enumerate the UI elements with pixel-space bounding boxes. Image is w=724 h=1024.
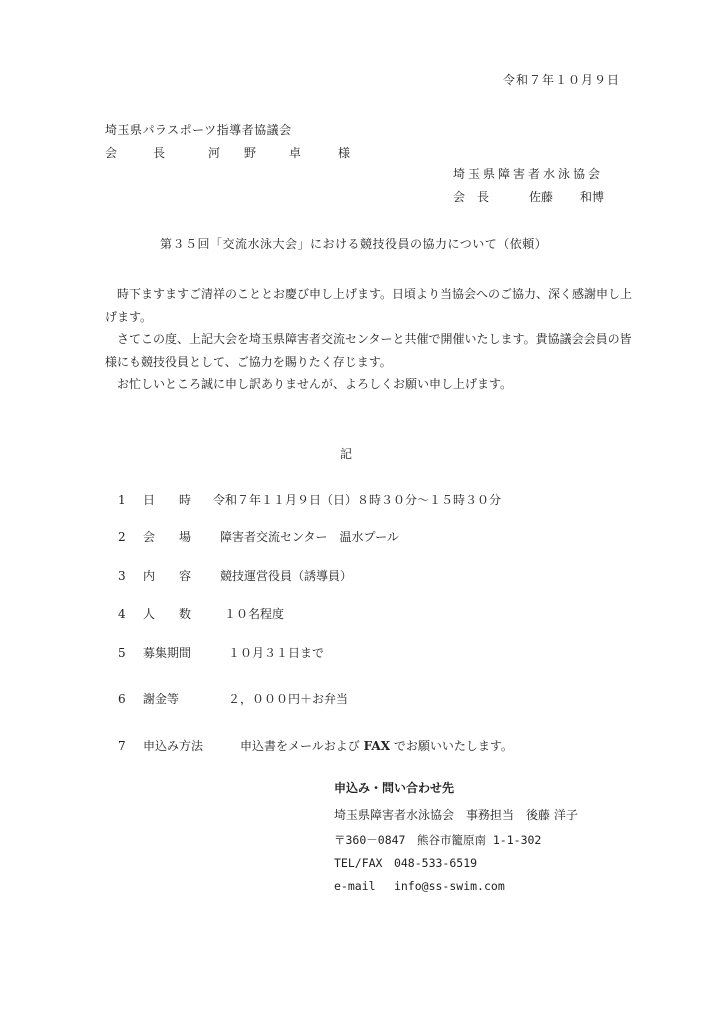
item-label: 会 場 [143, 529, 191, 545]
ki-heading: 記 [340, 446, 352, 462]
item-label: 内 容 [143, 568, 191, 584]
fax-emphasis: FAX [364, 739, 390, 753]
contact-organization: 埼玉県障害者水泳協会 事務担当 後藤 洋子 [334, 807, 578, 823]
sender-title: 会 長 [453, 189, 489, 205]
item-number: 5 [118, 645, 126, 661]
item-value: 申込書をメールおよび FAX でお願いいたします。 [240, 738, 513, 754]
body-paragraph: さてこの度、上記大会を埼玉県障害者交流センターと共催で開催いたします。貴協議会会… [105, 328, 635, 373]
sender-given-name: 和博 [580, 189, 604, 205]
item-label: 申込み方法 [143, 738, 203, 754]
letter-body: 時下ますますご清祥のこととお慶び申し上げます。日頃より当協会へのご協力、深く感謝… [105, 283, 635, 396]
item-number: 4 [118, 606, 126, 622]
recipient-organization: 埼玉県パラスポーツ指導者協議会 [105, 122, 292, 138]
sender-family-name: 佐藤 [529, 189, 553, 205]
contact-email[interactable]: e-mail info@ss-swim.com [334, 878, 505, 894]
item-number: 2 [118, 529, 126, 545]
item-value: 障害者交流センター 温水プール [220, 529, 399, 545]
document-date: 令和７年１０月９日 [503, 72, 620, 88]
sender-organization: 埼玉県障害者水泳協会 [453, 166, 603, 182]
item-label: 日 時 [143, 492, 191, 508]
item-number: 6 [118, 691, 126, 707]
recipient-title-char: 会 [105, 145, 117, 161]
item-value: 令和７年１１月９日（日）８時３０分～１５時３０分 [213, 492, 501, 508]
recipient-name-char: 河 [208, 145, 220, 161]
item-value: １０月３１日まで [228, 645, 324, 661]
item-value: １０名程度 [224, 606, 284, 622]
recipient-honorific: 様 [338, 145, 350, 161]
item-label: 謝金等 [143, 691, 179, 707]
item-label: 人 数 [143, 606, 191, 622]
body-paragraph: 時下ますますご清祥のこととお慶び申し上げます。日頃より当協会へのご協力、深く感謝… [105, 283, 635, 328]
body-paragraph: お忙しいところ誠に申し訳ありませんが、よろしくお願い申し上げます。 [105, 373, 635, 396]
item-value: 競技運営役員（誘導員） [220, 568, 352, 584]
recipient-title-char: 長 [153, 145, 165, 161]
document-subject: 第３５回「交流水泳大会」における競技役員の協力について（依頼） [160, 236, 547, 252]
contact-address: 〒360－0847 熊谷市籠原南 1-1-302 [334, 832, 541, 848]
value-text: 申込書をメールおよび [240, 739, 360, 753]
item-label: 募集期間 [143, 645, 191, 661]
contact-heading: 申込み・問い合わせ先 [334, 780, 454, 796]
contact-tel-fax: TEL/FAX 048-533-6519 [334, 855, 477, 871]
recipient-name-char: 卓 [289, 145, 301, 161]
item-number: 3 [118, 568, 126, 584]
item-number: 1 [118, 492, 126, 508]
item-number: 7 [118, 738, 126, 754]
value-text: でお願いいたします。 [394, 739, 513, 753]
item-value: ２，０００円＋お弁当 [228, 691, 348, 707]
recipient-name-char: 野 [244, 145, 256, 161]
